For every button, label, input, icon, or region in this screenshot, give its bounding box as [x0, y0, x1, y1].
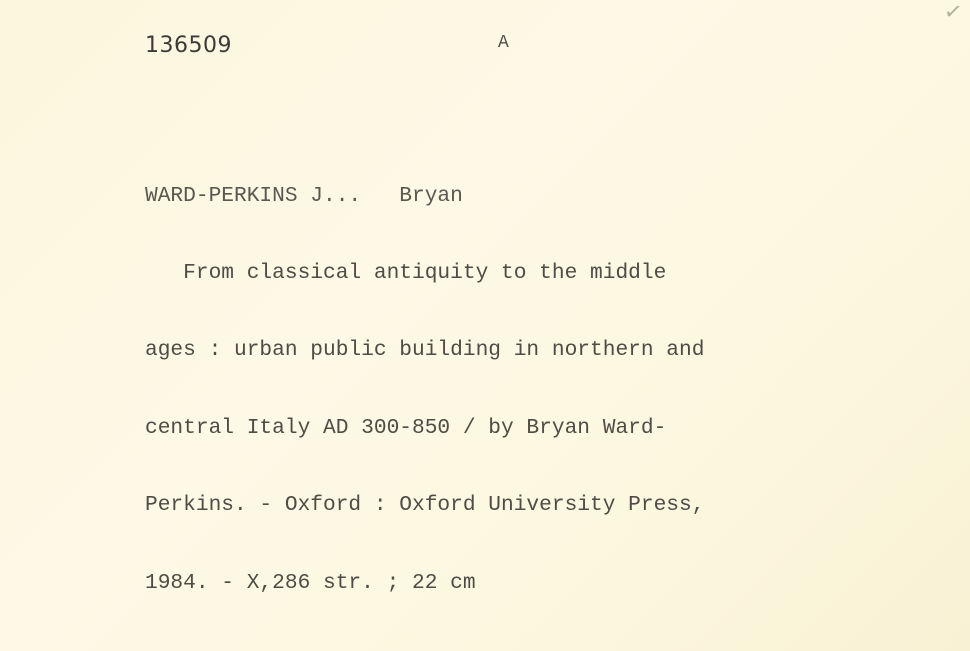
description-line: ages : urban public building in northern… — [145, 338, 704, 364]
description-line: Perkins. - Oxford : Oxford University Pr… — [145, 493, 704, 519]
catalog-card: 136509 A ✓ WARD-PERKINS J... Bryan From … — [0, 0, 970, 651]
section-letter: A — [498, 33, 509, 53]
description-line: central Italy AD 300-850 / by Bryan Ward… — [145, 416, 704, 442]
accession-number: 136509 — [145, 33, 232, 58]
check-mark-icon: ✓ — [942, 0, 964, 26]
bibliographic-entry: WARD-PERKINS J... Bryan From classical a… — [145, 132, 704, 648]
description-line: From classical antiquity to the middle — [145, 261, 704, 287]
description-line: 1984. - X,286 str. ; 22 cm — [145, 571, 704, 597]
author-heading: WARD-PERKINS J... Bryan — [145, 184, 704, 210]
